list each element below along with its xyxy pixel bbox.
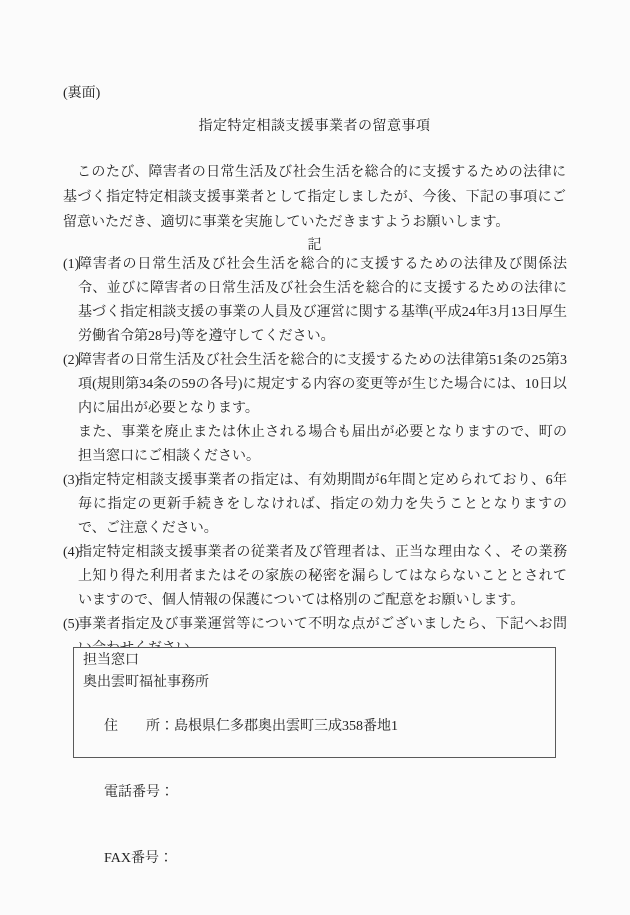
contact-phone-row: 電話番号： bbox=[83, 760, 545, 826]
phone-label: 電話番号： bbox=[104, 785, 174, 800]
contact-address-row: 住 所：島根県仁多郡奥出雲町三成358番地1 bbox=[83, 694, 545, 760]
record-marker: 記 bbox=[63, 234, 566, 254]
address-value: 島根県仁多郡奥出雲町三成358番地1 bbox=[174, 719, 398, 734]
fax-label: FAX番号： bbox=[104, 851, 173, 866]
notice-item-2: (2) 障害者の日常生活及び社会生活を総合的に支援するための法律第51条の25第… bbox=[63, 349, 567, 469]
contact-box: 担当窓口 奥出雲町福祉事務所 住 所：島根県仁多郡奥出雲町三成358番地1 電話… bbox=[73, 647, 556, 758]
intro-paragraph: このたび、障害者の日常生活及び社会生活を総合的に支援するための法律に基づく指定特… bbox=[63, 160, 566, 235]
document-page: (裏面) 指定特定相談支援事業者の留意事項 このたび、障害者の日常生活及び社会生… bbox=[0, 0, 630, 915]
item-number: (3) bbox=[63, 469, 79, 493]
notice-item-3: (3) 指定特定相談支援事業者の指定は、有効期間が6年間と定められており、6年毎… bbox=[63, 469, 567, 541]
contact-heading: 担当窓口 bbox=[83, 650, 545, 672]
item-text: 障害者の日常生活及び社会生活を総合的に支援するための法律及び関係法令、並びに障害… bbox=[78, 257, 567, 344]
item-number: (2) bbox=[63, 349, 79, 373]
contact-office-name: 奥出雲町福祉事務所 bbox=[83, 672, 545, 694]
contact-fax-row: FAX番号： bbox=[83, 826, 545, 892]
page-title: 指定特定相談支援事業者の留意事項 bbox=[63, 115, 566, 135]
notice-item-4: (4) 指定特定相談支援事業者の従業者及び管理者は、正当な理由なく、その業務上知… bbox=[63, 541, 567, 613]
address-label: 住 所： bbox=[104, 719, 174, 734]
item-number: (4) bbox=[63, 541, 79, 565]
notice-item-1: (1) 障害者の日常生活及び社会生活を総合的に支援するための法律及び関係法令、並… bbox=[63, 253, 567, 349]
item-number: (1) bbox=[63, 253, 79, 277]
item-number: (5) bbox=[63, 613, 79, 637]
side-label: (裏面) bbox=[63, 81, 100, 106]
item-text: 指定特定相談支援事業者の指定は、有効期間が6年間と定められており、6年毎に指定の… bbox=[78, 473, 567, 536]
item-text: 障害者の日常生活及び社会生活を総合的に支援するための法律第51条の25第3項(規… bbox=[78, 353, 567, 416]
item-text: 指定特定相談支援事業者の従業者及び管理者は、正当な理由なく、その業務上知り得た利… bbox=[78, 545, 567, 608]
item-text-continuation: また、事業を廃止または休止される場合も届出が必要となりますので、町の担当窓口にご… bbox=[78, 421, 567, 469]
notice-item-list: (1) 障害者の日常生活及び社会生活を総合的に支援するための法律及び関係法令、並… bbox=[63, 253, 567, 661]
